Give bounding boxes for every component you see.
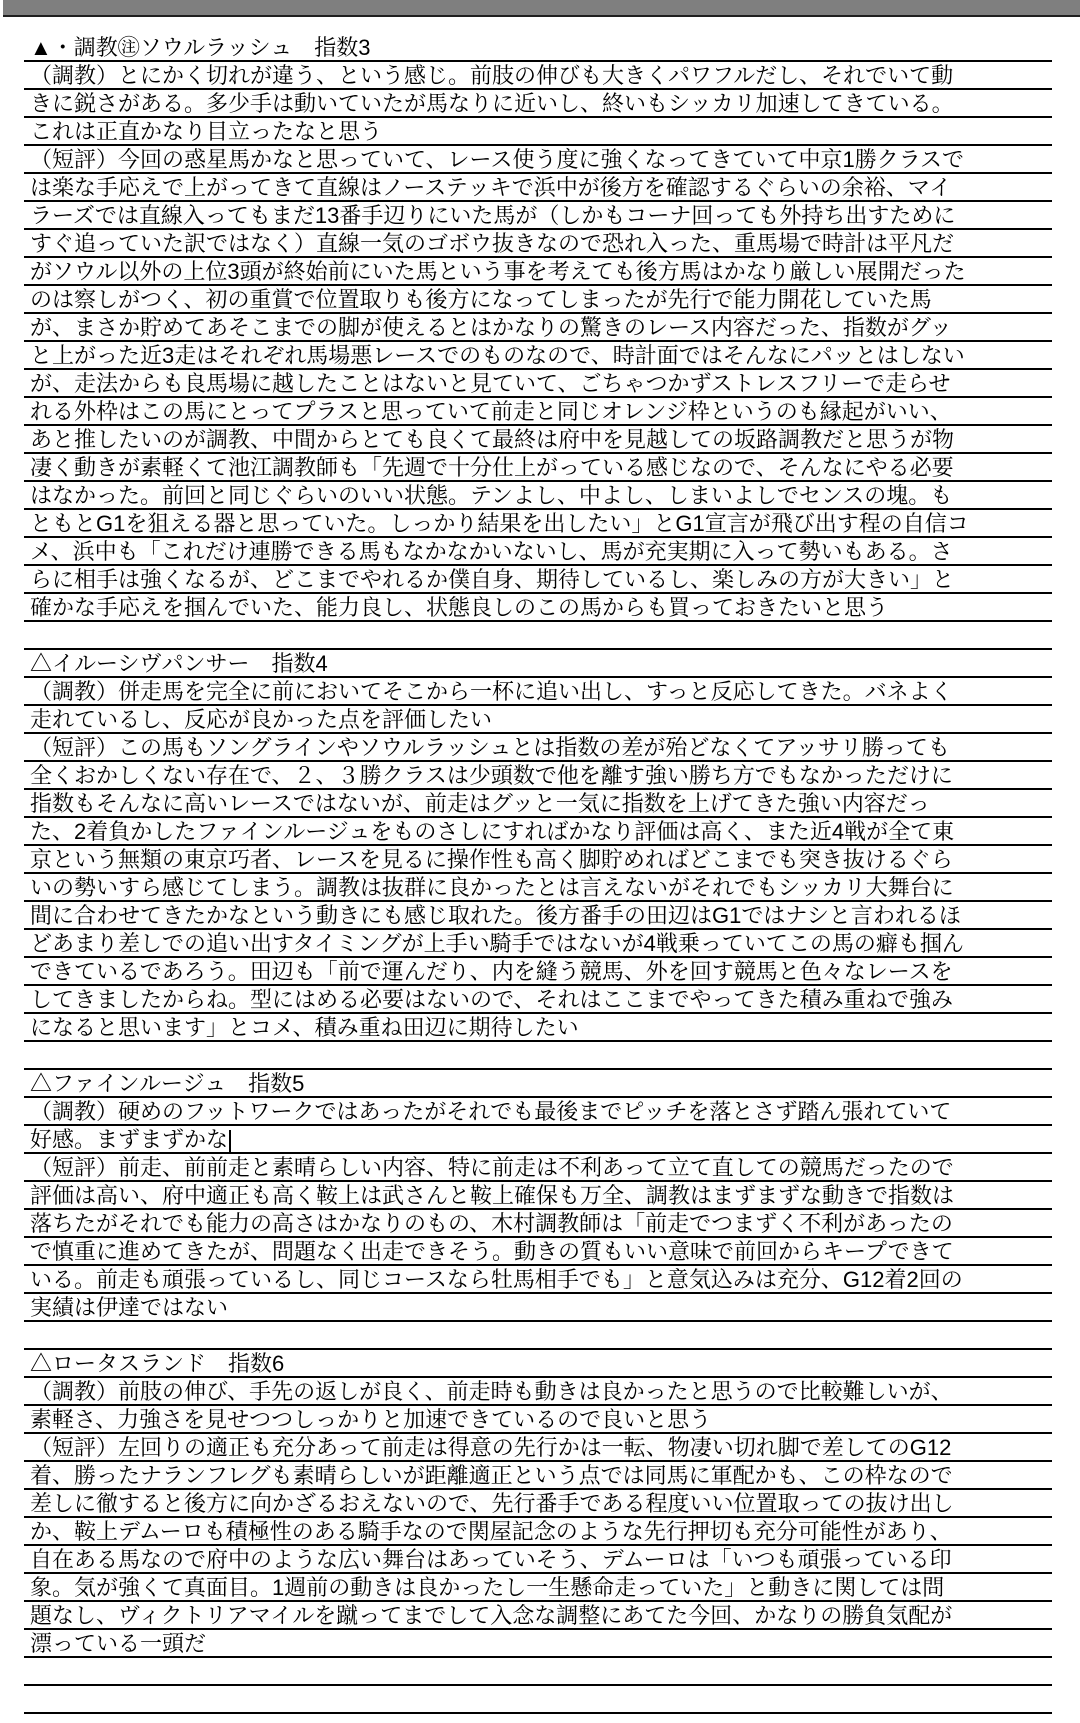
text-line[interactable]: と上がった近3走はそれぞれ馬場悪レースでのものなので、時計面ではそんなにパッとは… [24, 342, 1052, 370]
line-text: （短評）今回の惑星馬かなと思っていて、レース使う度に強くなってきていて中京1勝ク… [30, 146, 964, 173]
line-text: してきましたからね。型にはめる必要はないので、それはここまでやってきた積み重ねで… [30, 986, 953, 1013]
text-line[interactable]: がソウル以外の上位3頭が終始前にいた馬という事を考えても後方馬はかなり厳しい展開… [24, 258, 1052, 286]
section-title-line[interactable]: △ファインルージュ 指数5 [24, 1070, 1052, 1098]
line-text: 確かな手応えを掴んでいた、能力良し、状態良しのこの馬からも買っておきたいと思う [30, 594, 888, 621]
text-line[interactable]: 落ちたがそれでも能力の高さはかなりのもの、木村調教師は「前走でつまずく不利があっ… [24, 1210, 1052, 1238]
window-top-bar [3, 0, 1080, 17]
line-text: 凄く動きが素軽くて池江調教師も「先週で十分仕上がっている感じなので、そんなにやる… [30, 454, 954, 481]
text-line[interactable]: （短評）今回の惑星馬かなと思っていて、レース使う度に強くなってきていて中京1勝ク… [24, 146, 1052, 174]
text-line[interactable]: いの勢いすら感じてしまう。調教は抜群に良かったとは言えないがそれでもシッカリ大舞… [24, 874, 1052, 902]
text-line[interactable]: いる。前走も頑張っているし、同じコースなら牡馬相手でも」と意気込みは充分、G12… [24, 1266, 1052, 1294]
line-text: △イルーシヴパンサー 指数4 [30, 650, 328, 677]
line-text: た、2着負かしたファインルージュをものさしにすればかなり評価は高く、また近4戦が… [30, 818, 954, 845]
line-text: 好感。まずまずかな [30, 1126, 228, 1153]
text-line[interactable]: 確かな手応えを掴んでいた、能力良し、状態良しのこの馬からも買っておきたいと思う [24, 594, 1052, 622]
line-text: どあまり差しでの追い出すタイミングが上手い騎手ではないが4戦乗っていてこの馬の癖… [30, 930, 964, 957]
line-text: は楽な手応えで上がってきて直線はノーステッキで浜中が後方を確認するぐらいの余裕、… [30, 174, 951, 201]
text-line[interactable]: （調教）とにかく切れが違う、という感じ。前肢の伸びも大きくパワフルだし、それでい… [24, 62, 1052, 90]
line-text: 走れているし、反応が良かった点を評価したい [30, 706, 492, 733]
text-line[interactable]: 好感。まずまずかな [24, 1126, 1052, 1154]
line-text: 素軽さ、力強さを見せつつしっかりと加速できているので良いと思う [30, 1406, 711, 1433]
line-text: （短評）この馬もソングラインやソウルラッシュとは指数の差が殆どなくてアッサリ勝っ… [30, 734, 950, 761]
text-line[interactable]: 間に合わせてきたかなという動きにも感じ取れた。後方番手の田辺はG1ではナシと言わ… [24, 902, 1052, 930]
text-line[interactable]: らに相手は強くなるが、どこまでやれるか僕自身、期待しているし、楽しみの方が大きい… [24, 566, 1052, 594]
line-text: あと推したいのが調教、中間からとても良くて最終は府中を見越しての坂路調教だと思う… [30, 426, 954, 453]
line-text: 指数もそんなに高いレースではないが、前走はグッと一気に指数を上げてきた強い内容だ… [30, 790, 930, 817]
text-line[interactable]: が、まさか貯めてあそこまでの脚が使えるとはかなりの驚きのレース内容だった、指数が… [24, 314, 1052, 342]
text-line[interactable]: ラーズでは直線入ってもまだ13番手辺りにいた馬が（しかもコーナ回っても外持ち出す… [24, 202, 1052, 230]
text-line[interactable]: はなかった。前回と同じぐらいのいい状態。テンよし、中よし、しまいよしでセンスの塊… [24, 482, 1052, 510]
line-text: が、まさか貯めてあそこまでの脚が使えるとはかなりの驚きのレース内容だった、指数が… [30, 314, 952, 341]
text-line[interactable]: になると思います」とコメ、積み重ね田辺に期待したい [24, 1014, 1052, 1042]
text-line[interactable]: 差しに徹すると後方に向かざるおえないので、先行番手である程度いい位置取っての抜け… [24, 1490, 1052, 1518]
text-line[interactable]: あと推したいのが調教、中間からとても良くて最終は府中を見越しての坂路調教だと思う… [24, 426, 1052, 454]
line-text: 自在ある馬なので府中のような広い舞台はあっていそう、デムーロは「いつも頑張ってい… [30, 1546, 952, 1573]
line-text: いる。前走も頑張っているし、同じコースなら牡馬相手でも」と意気込みは充分、G12… [30, 1266, 963, 1293]
line-text: 落ちたがそれでも能力の高さはかなりのもの、木村調教師は「前走でつまずく不利があっ… [30, 1210, 953, 1237]
line-text: △ファインルージュ 指数5 [30, 1070, 304, 1097]
line-text: （調教）前肢の伸び、手先の返しが良く、前走時も動きは良かったと思うので比較難しい… [30, 1378, 953, 1405]
line-text: 象。気が強くて真面目。1週前の動きは良かったし一生懸命走っていた」と動きに関して… [30, 1574, 944, 1601]
line-text: らに相手は強くなるが、どこまでやれるか僕自身、期待しているし、楽しみの方が大きい… [30, 566, 954, 593]
text-line[interactable]: 京という無類の東京巧者、レースを見るに操作性も高く脚貯めればどこまでも突き抜ける… [24, 846, 1052, 874]
section-title-line[interactable]: △ロータスランド 指数6 [24, 1350, 1052, 1378]
text-line[interactable]: 着、勝ったナランフレグも素晴らしいが距離適正という点では同馬に軍配かも、この枠な… [24, 1462, 1052, 1490]
text-line[interactable]: 実績は伊達ではない [24, 1294, 1052, 1322]
text-line[interactable]: （調教）併走馬を完全に前においてそこから一杯に追い出し、すっと反応してきた。バネ… [24, 678, 1052, 706]
text-cursor [229, 1130, 231, 1152]
text-line[interactable]: は楽な手応えで上がってきて直線はノーステッキで浜中が後方を確認するぐらいの余裕、… [24, 174, 1052, 202]
line-text: （短評）左回りの適正も充分あって前走は得意の先行かは一転、物凄い切れ脚で差しての… [30, 1434, 951, 1461]
line-text: がソウル以外の上位3頭が終始前にいた馬という事を考えても後方馬はかなり厳しい展開… [30, 258, 966, 285]
text-line[interactable]: （短評）前走、前前走と素晴らしい内容、特に前走は不利あって立て直しての競馬だった… [24, 1154, 1052, 1182]
text-line[interactable]: 漂っている一頭だ [24, 1630, 1052, 1658]
line-text: これは正直かなり目立ったなと思う [30, 118, 382, 145]
line-text: ▲・調教㊟ソウルラッシュ 指数3 [30, 34, 370, 61]
line-text: と上がった近3走はそれぞれ馬場悪レースでのものなので、時計面ではそんなにパッとは… [30, 342, 965, 369]
section-title-line[interactable]: ▲・調教㊟ソウルラッシュ 指数3 [24, 34, 1052, 62]
line-text: （短評）前走、前前走と素晴らしい内容、特に前走は不利あって立て直しての競馬だった… [30, 1154, 954, 1181]
text-line[interactable]: きに鋭さがある。多少手は動いていたが馬なりに近いし、終いもシッカリ加速してきてい… [24, 90, 1052, 118]
text-line[interactable]: できているであろう。田辺も「前で運んだり、内を縫う競馬、外を回す競馬と色々なレー… [24, 958, 1052, 986]
text-line[interactable]: （短評）左回りの適正も充分あって前走は得意の先行かは一転、物凄い切れ脚で差しての… [24, 1434, 1052, 1462]
line-text: が、走法からも良馬場に越したことはないと見ていて、ごちゃつかずストレスフリーで走… [30, 370, 950, 397]
text-line[interactable]: （調教）前肢の伸び、手先の返しが良く、前走時も動きは良かったと思うので比較難しい… [24, 1378, 1052, 1406]
text-line[interactable]: してきましたからね。型にはめる必要はないので、それはここまでやってきた積み重ねで… [24, 986, 1052, 1014]
text-line[interactable]: 指数もそんなに高いレースではないが、前走はグッと一気に指数を上げてきた強い内容だ… [24, 790, 1052, 818]
text-line[interactable]: すぐ追っていた訳ではなく）直線一気のゴボウ抜きなので恐れ入った、重馬場で時計は平… [24, 230, 1052, 258]
text-line[interactable]: が、走法からも良馬場に越したことはないと見ていて、ごちゃつかずストレスフリーで走… [24, 370, 1052, 398]
line-text: きに鋭さがある。多少手は動いていたが馬なりに近いし、終いもシッカリ加速してきてい… [30, 90, 954, 117]
line-text: ラーズでは直線入ってもまだ13番手辺りにいた馬が（しかもコーナ回っても外持ち出す… [30, 202, 955, 229]
line-text: （調教）硬めのフットワークではあったがそれでも最後までピッチを落とさず踏ん張れて… [30, 1098, 951, 1125]
line-text: 差しに徹すると後方に向かざるおえないので、先行番手である程度いい位置取っての抜け… [30, 1490, 954, 1517]
line-text: すぐ追っていた訳ではなく）直線一気のゴボウ抜きなので恐れ入った、重馬場で時計は平… [30, 230, 954, 257]
line-text: れる外枠はこの馬にとってプラスと思っていて前走と同じオレンジ枠というのも縁起がい… [30, 398, 952, 425]
blank-line[interactable] [24, 1658, 1052, 1686]
line-text: 題なし、ヴィクトリアマイルを蹴ってまでして入念な調整にあてた今回、かなりの勝負気… [30, 1602, 952, 1629]
line-text: △ロータスランド 指数6 [30, 1350, 284, 1377]
text-line[interactable]: 素軽さ、力強さを見せつつしっかりと加速できているので良いと思う [24, 1406, 1052, 1434]
blank-line[interactable] [24, 1322, 1052, 1350]
line-text: 漂っている一頭だ [30, 1630, 206, 1657]
line-text: 着、勝ったナランフレグも素晴らしいが距離適正という点では同馬に軍配かも、この枠な… [30, 1462, 953, 1489]
text-line[interactable]: れる外枠はこの馬にとってプラスと思っていて前走と同じオレンジ枠というのも縁起がい… [24, 398, 1052, 426]
line-text: のは察しがつく、初の重賞で位置取りも後方になってしまったが先行で能力開花していた… [30, 286, 932, 313]
text-line[interactable]: 自在ある馬なので府中のような広い舞台はあっていそう、デムーロは「いつも頑張ってい… [24, 1546, 1052, 1574]
text-line[interactable]: （短評）この馬もソングラインやソウルラッシュとは指数の差が殆どなくてアッサリ勝っ… [24, 734, 1052, 762]
text-line[interactable]: た、2着負かしたファインルージュをものさしにすればかなり評価は高く、また近4戦が… [24, 818, 1052, 846]
text-line[interactable]: 題なし、ヴィクトリアマイルを蹴ってまでして入念な調整にあてた今回、かなりの勝負気… [24, 1602, 1052, 1630]
line-text: 評価は高い、府中適正も高く鞍上は武さんと鞍上確保も万全、調教はまずまずな動きで指… [30, 1182, 954, 1209]
text-line[interactable]: 凄く動きが素軽くて池江調教師も「先週で十分仕上がっている感じなので、そんなにやる… [24, 454, 1052, 482]
line-text: 京という無類の東京巧者、レースを見るに操作性も高く脚貯めればどこまでも突き抜ける… [30, 846, 953, 873]
line-text: 全くおかしくない存在で、２、３勝クラスは少頭数で他を離す強い勝ち方でもなかっただ… [30, 762, 953, 789]
text-line[interactable]: 全くおかしくない存在で、２、３勝クラスは少頭数で他を離す強い勝ち方でもなかっただ… [24, 762, 1052, 790]
line-text: ともとG1を狙える器と思っていた。しっかり結果を出したい」とG1宣言が飛び出す程… [30, 510, 969, 537]
text-line[interactable]: 評価は高い、府中適正も高く鞍上は武さんと鞍上確保も万全、調教はまずまずな動きで指… [24, 1182, 1052, 1210]
line-text: （調教）併走馬を完全に前においてそこから一杯に追い出し、すっと反応してきた。バネ… [30, 678, 953, 705]
line-text: になると思います」とコメ、積み重ね田辺に期待したい [30, 1014, 579, 1041]
blank-line[interactable] [24, 1042, 1052, 1070]
line-text: 実績は伊達ではない [30, 1294, 228, 1321]
line-text: （調教）とにかく切れが違う、という感じ。前肢の伸びも大きくパワフルだし、それでい… [30, 62, 953, 89]
line-text: いの勢いすら感じてしまう。調教は抜群に良かったとは言えないがそれでもシッカリ大舞… [30, 874, 954, 901]
text-line[interactable]: 象。気が強くて真面目。1週前の動きは良かったし一生懸命走っていた」と動きに関して… [24, 1574, 1052, 1602]
line-text: メ、浜中も「これだけ連勝できる馬もなかなかいないし、馬が充実期に入って勢いもある… [30, 538, 953, 565]
text-line[interactable]: これは正直かなり目立ったなと思う [24, 118, 1052, 146]
text-line[interactable]: どあまり差しでの追い出すタイミングが上手い騎手ではないが4戦乗っていてこの馬の癖… [24, 930, 1052, 958]
section-title-line[interactable]: △イルーシヴパンサー 指数4 [24, 650, 1052, 678]
line-text: か、鞍上デムーロも積極性のある騎手なので関屋記念のような先行押切も充分可能性があ… [30, 1518, 952, 1545]
text-line[interactable]: で慎重に進めてきたが、問題なく出走できそう。動きの質もいい意味で前回からキープで… [24, 1238, 1052, 1266]
blank-line[interactable] [24, 1686, 1052, 1714]
memo-editor[interactable]: ▲・調教㊟ソウルラッシュ 指数3（調教）とにかく切れが違う、という感じ。前肢の伸… [24, 34, 1052, 1714]
line-text: できているであろう。田辺も「前で運んだり、内を縫う競馬、外を回す競馬と色々なレー… [30, 958, 953, 985]
text-line[interactable]: （調教）硬めのフットワークではあったがそれでも最後までピッチを落とさず踏ん張れて… [24, 1098, 1052, 1126]
line-text: はなかった。前回と同じぐらいのいい状態。テンよし、中よし、しまいよしでセンスの塊… [30, 482, 952, 509]
line-text: 間に合わせてきたかなという動きにも感じ取れた。後方番手の田辺はG1ではナシと言わ… [30, 902, 961, 929]
text-line[interactable]: のは察しがつく、初の重賞で位置取りも後方になってしまったが先行で能力開花していた… [24, 286, 1052, 314]
text-line[interactable]: 走れているし、反応が良かった点を評価したい [24, 706, 1052, 734]
blank-line[interactable] [24, 622, 1052, 650]
text-line[interactable]: か、鞍上デムーロも積極性のある騎手なので関屋記念のような先行押切も充分可能性があ… [24, 1518, 1052, 1546]
text-line[interactable]: メ、浜中も「これだけ連勝できる馬もなかなかいないし、馬が充実期に入って勢いもある… [24, 538, 1052, 566]
text-line[interactable]: ともとG1を狙える器と思っていた。しっかり結果を出したい」とG1宣言が飛び出す程… [24, 510, 1052, 538]
line-text: で慎重に進めてきたが、問題なく出走できそう。動きの質もいい意味で前回からキープで… [30, 1238, 954, 1265]
